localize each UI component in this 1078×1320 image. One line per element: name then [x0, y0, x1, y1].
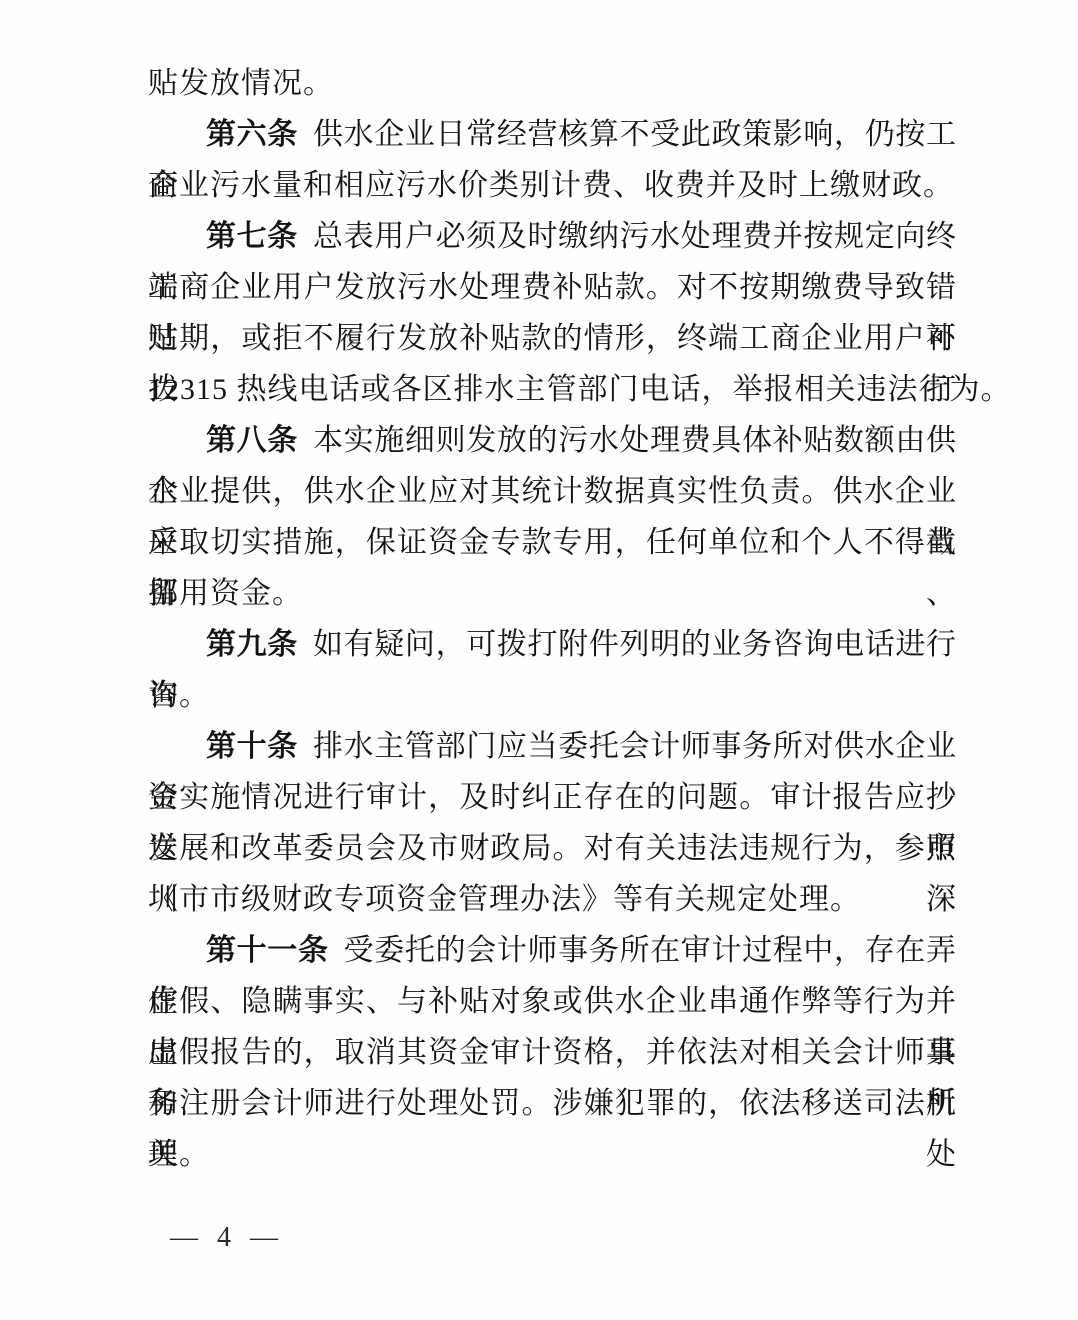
- document-page: 贴发放情况。 第六条供水企业日常经营核算不受此政策影响，仍按工商 企业污水量和相…: [0, 0, 1078, 1320]
- text-line: 发展和改革委员会及市财政局。对有关违法违规行为，参照《深: [148, 823, 956, 874]
- text-line: 贴发放情况。: [148, 58, 956, 109]
- text-line: 第九条如有疑问，可拨打附件列明的业务咨询电话进行咨: [148, 619, 956, 670]
- text-line: 虚假报告的，取消其资金审计资格，并依法对相关会计师事务所: [148, 1027, 956, 1078]
- text-line: 第七条总表用户必须及时缴纳污水处理费并按规定向终端: [148, 211, 956, 262]
- article-number: 第八条: [206, 424, 298, 457]
- article-number: 第七条: [206, 220, 298, 253]
- text-line: 12315 热线电话或各区排水主管部门电话，举报相关违法行为。: [148, 364, 956, 415]
- text-line: 采取切实措施，保证资金专款专用，任何单位和个人不得截留、: [148, 517, 956, 568]
- text-line: 企业污水量和相应污水价类别计费、收费并及时上缴财政。: [148, 160, 956, 211]
- text-line: 第六条供水企业日常经营核算不受此政策影响，仍按工商: [148, 109, 956, 160]
- article-number: 第六条: [206, 118, 298, 151]
- line-text: 12315 热线电话或各区排水主管部门电话，举报相关违法行为。: [148, 373, 1012, 406]
- text-line: 第十条排水主管部门应当委托会计师事务所对供水企业资: [148, 721, 956, 772]
- line-text: 企业污水量和相应污水价类别计费、收费并及时上缴财政。: [148, 169, 954, 202]
- text-line: 询。: [148, 670, 956, 721]
- text-line: 圳市市级财政专项资金管理办法》等有关规定处理。: [148, 874, 956, 925]
- text-line: 第八条本实施细则发放的污水处理费具体补贴数额由供水: [148, 415, 956, 466]
- text-line: 企业提供，供水企业应对其统计数据真实性负责。供水企业应当: [148, 466, 956, 517]
- text-line: 作假、隐瞒事实、与补贴对象或供水企业串通作弊等行为并出具: [148, 976, 956, 1027]
- line-text: 贴发放情况。: [148, 67, 334, 100]
- line-text: 询。: [148, 679, 210, 712]
- text-line: 金实施情况进行审计，及时纠正存在的问题。审计报告应抄送市: [148, 772, 956, 823]
- line-text: 理。: [148, 1138, 210, 1171]
- line-text: 挪用资金。: [148, 577, 303, 610]
- line-text: 圳市市级财政专项资金管理办法》等有关规定处理。: [148, 883, 861, 916]
- article-number: 第十条: [206, 730, 298, 763]
- page-number: — 4 —: [170, 1222, 284, 1254]
- article-number: 第十一条: [206, 934, 329, 967]
- text-line: 工商企业用户发放污水处理费补贴款。对不按期缴费导致错过补: [148, 262, 956, 313]
- line-text: 和注册会计师进行处理处罚。涉嫌犯罪的，依法移送司法机关处: [148, 1087, 956, 1171]
- article-number: 第九条: [206, 628, 298, 661]
- text-line: 和注册会计师进行处理处罚。涉嫌犯罪的，依法移送司法机关处: [148, 1078, 956, 1129]
- document-body: 贴发放情况。 第六条供水企业日常经营核算不受此政策影响，仍按工商 企业污水量和相…: [148, 58, 956, 1180]
- text-line: 第十一条受委托的会计师事务所在审计过程中，存在弄虚: [148, 925, 956, 976]
- text-line: 贴期，或拒不履行发放补贴款的情形，终端工商企业用户可拨打: [148, 313, 956, 364]
